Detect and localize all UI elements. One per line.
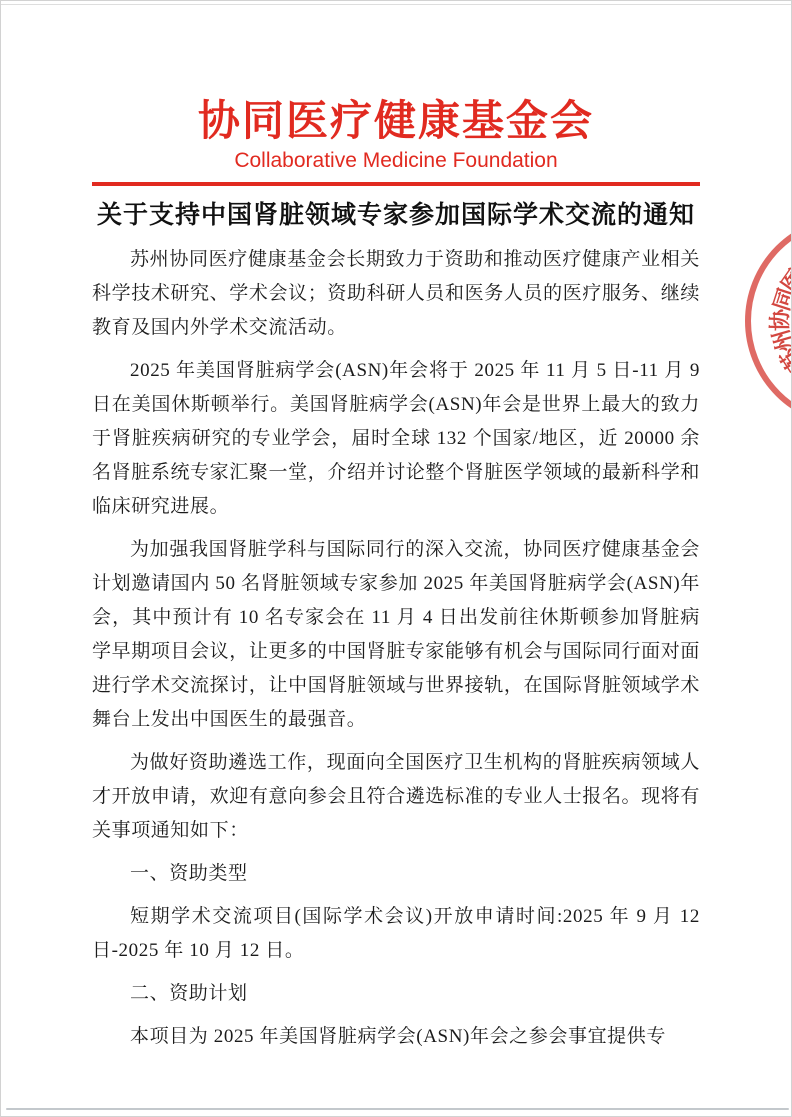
org-name-english: Collaborative Medicine Foundation [1, 149, 791, 173]
official-seal: 疗医同协州苏 [745, 215, 792, 427]
document-body: 苏州协同医疗健康基金会长期致力于资助和推动医疗健康产业相关科学技术研究、学术会议… [92, 243, 700, 1054]
section-heading: 一、资助类型 [92, 857, 700, 891]
scan-edge-bottom [6, 1108, 789, 1110]
scanned-document-page: 协同医疗健康基金会 Collaborative Medicine Foundat… [0, 0, 792, 1117]
scan-edge-top [1, 4, 791, 5]
paragraph: 苏州协同医疗健康基金会长期致力于资助和推动医疗健康产业相关科学技术研究、学术会议… [92, 243, 700, 345]
paragraph: 短期学术交流项目(国际学术会议)开放申请时间:2025 年 9 月 12 日-2… [92, 900, 700, 968]
org-name-chinese: 协同医疗健康基金会 [1, 97, 791, 144]
letterhead-divider [92, 182, 700, 186]
paragraph: 为加强我国肾脏学科与国际同行的深入交流，协同医疗健康基金会计划邀请国内 50 名… [92, 533, 700, 737]
paragraph: 2025 年美国肾脏病学会(ASN)年会将于 2025 年 11 月 5 日-1… [92, 354, 700, 524]
letterhead: 协同医疗健康基金会 Collaborative Medicine Foundat… [1, 1, 791, 186]
document-title: 关于支持中国肾脏领域专家参加国际学术交流的通知 [1, 195, 791, 231]
section-heading: 二、资助计划 [92, 977, 700, 1011]
paragraph: 为做好资助遴选工作，现面向全国医疗卫生机构的肾脏疾病领域人才开放申请，欢迎有意向… [92, 746, 700, 848]
paragraph: 本项目为 2025 年美国肾脏病学会(ASN)年会之参会事宜提供专 [92, 1020, 700, 1054]
